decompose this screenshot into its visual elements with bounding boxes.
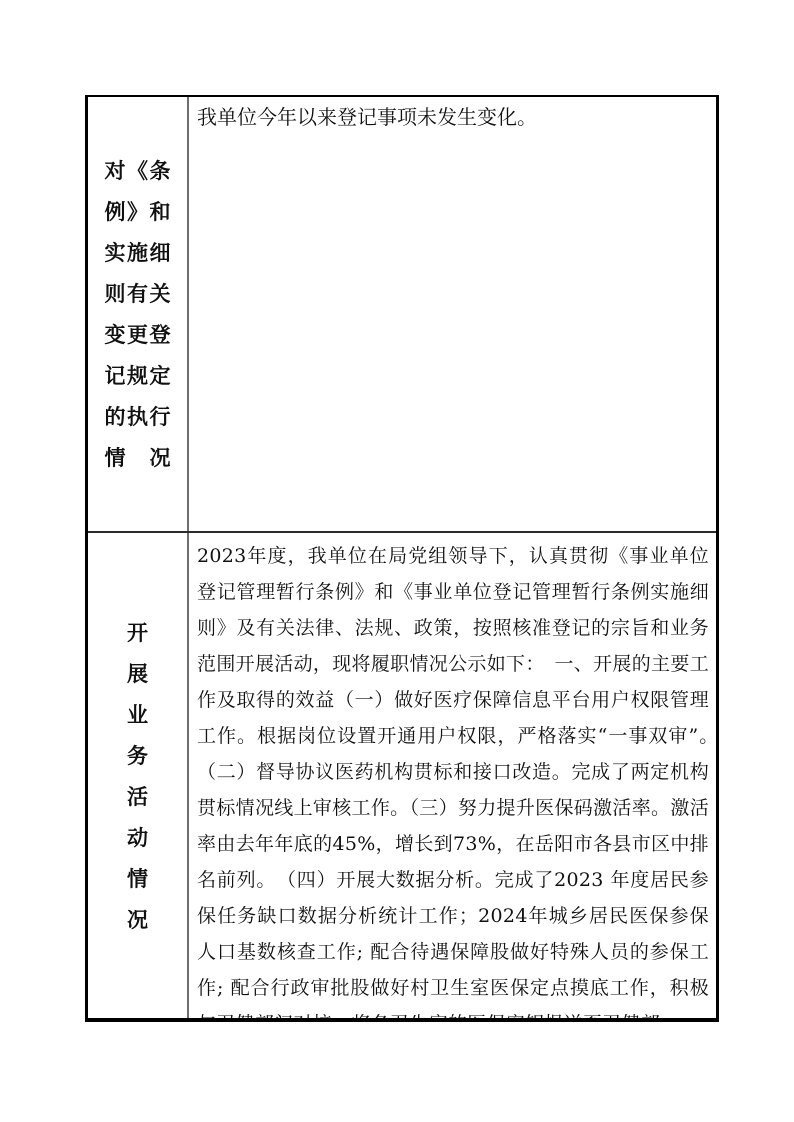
change-registration-text: 我单位今年以来登记事项未发生变化。 bbox=[197, 102, 709, 133]
label-line: 业 bbox=[105, 694, 171, 735]
label-line: 对《条 bbox=[105, 150, 171, 191]
label-line: 实施细 bbox=[105, 232, 171, 273]
label-line: 则有关 bbox=[105, 273, 171, 314]
document-page: 对《条例》和实施细则有关变更登记规定的执行情况 我单位今年以来登记事项未发生变化… bbox=[0, 0, 794, 1122]
label-line: 记规定 bbox=[105, 355, 171, 396]
label-line: 展 bbox=[105, 653, 171, 694]
label-cell-change-registration: 对《条例》和实施细则有关变更登记规定的执行情况 bbox=[88, 97, 189, 531]
label-line: 活 bbox=[105, 776, 171, 817]
label-line: 况 bbox=[105, 899, 171, 940]
table-row-business-activity: 开展业务活动情况 2023年度，我单位在局党组领导下，认真贯彻《事业单位登记管理… bbox=[88, 533, 716, 1018]
label-line: 情 bbox=[105, 858, 171, 899]
label-line: 务 bbox=[105, 735, 171, 776]
label-line: 变更登 bbox=[105, 314, 171, 355]
label-line: 例》和 bbox=[105, 191, 171, 232]
label-line: 情况 bbox=[105, 437, 171, 478]
label-line: 开 bbox=[105, 612, 171, 653]
label-line: 动 bbox=[105, 817, 171, 858]
label-change-registration: 对《条例》和实施细则有关变更登记规定的执行情况 bbox=[105, 150, 171, 478]
table-row-change-registration: 对《条例》和实施细则有关变更登记规定的执行情况 我单位今年以来登记事项未发生变化… bbox=[88, 97, 716, 533]
label-line: 的执行 bbox=[105, 396, 171, 437]
content-cell-business-activity: 2023年度，我单位在局党组领导下，认真贯彻《事业单位登记管理暂行条例》和《事业… bbox=[189, 533, 716, 1018]
annual-report-table: 对《条例》和实施细则有关变更登记规定的执行情况 我单位今年以来登记事项未发生变化… bbox=[85, 95, 719, 1022]
content-cell-change-registration: 我单位今年以来登记事项未发生变化。 bbox=[189, 97, 716, 531]
business-activity-text: 2023年度，我单位在局党组领导下，认真贯彻《事业单位登记管理暂行条例》和《事业… bbox=[197, 538, 709, 1018]
text-line: 我单位今年以来登记事项未发生变化。 bbox=[197, 102, 709, 133]
label-cell-business-activity: 开展业务活动情况 bbox=[88, 533, 189, 1018]
label-business-activity: 开展业务活动情况 bbox=[105, 612, 171, 940]
